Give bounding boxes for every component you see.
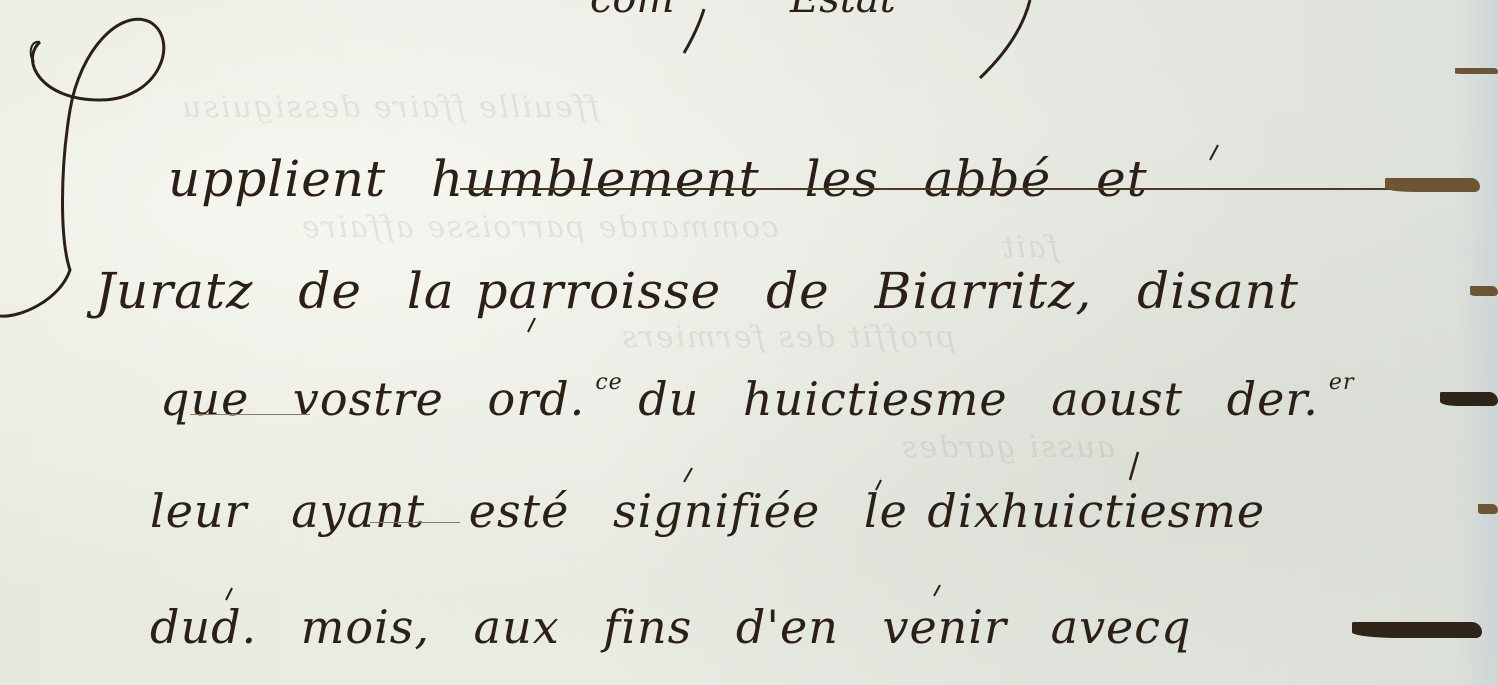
manuscript-page: ffeuille ffaire dessiguisu commande parr… bbox=[0, 0, 1498, 685]
accent-marks bbox=[0, 0, 1498, 685]
